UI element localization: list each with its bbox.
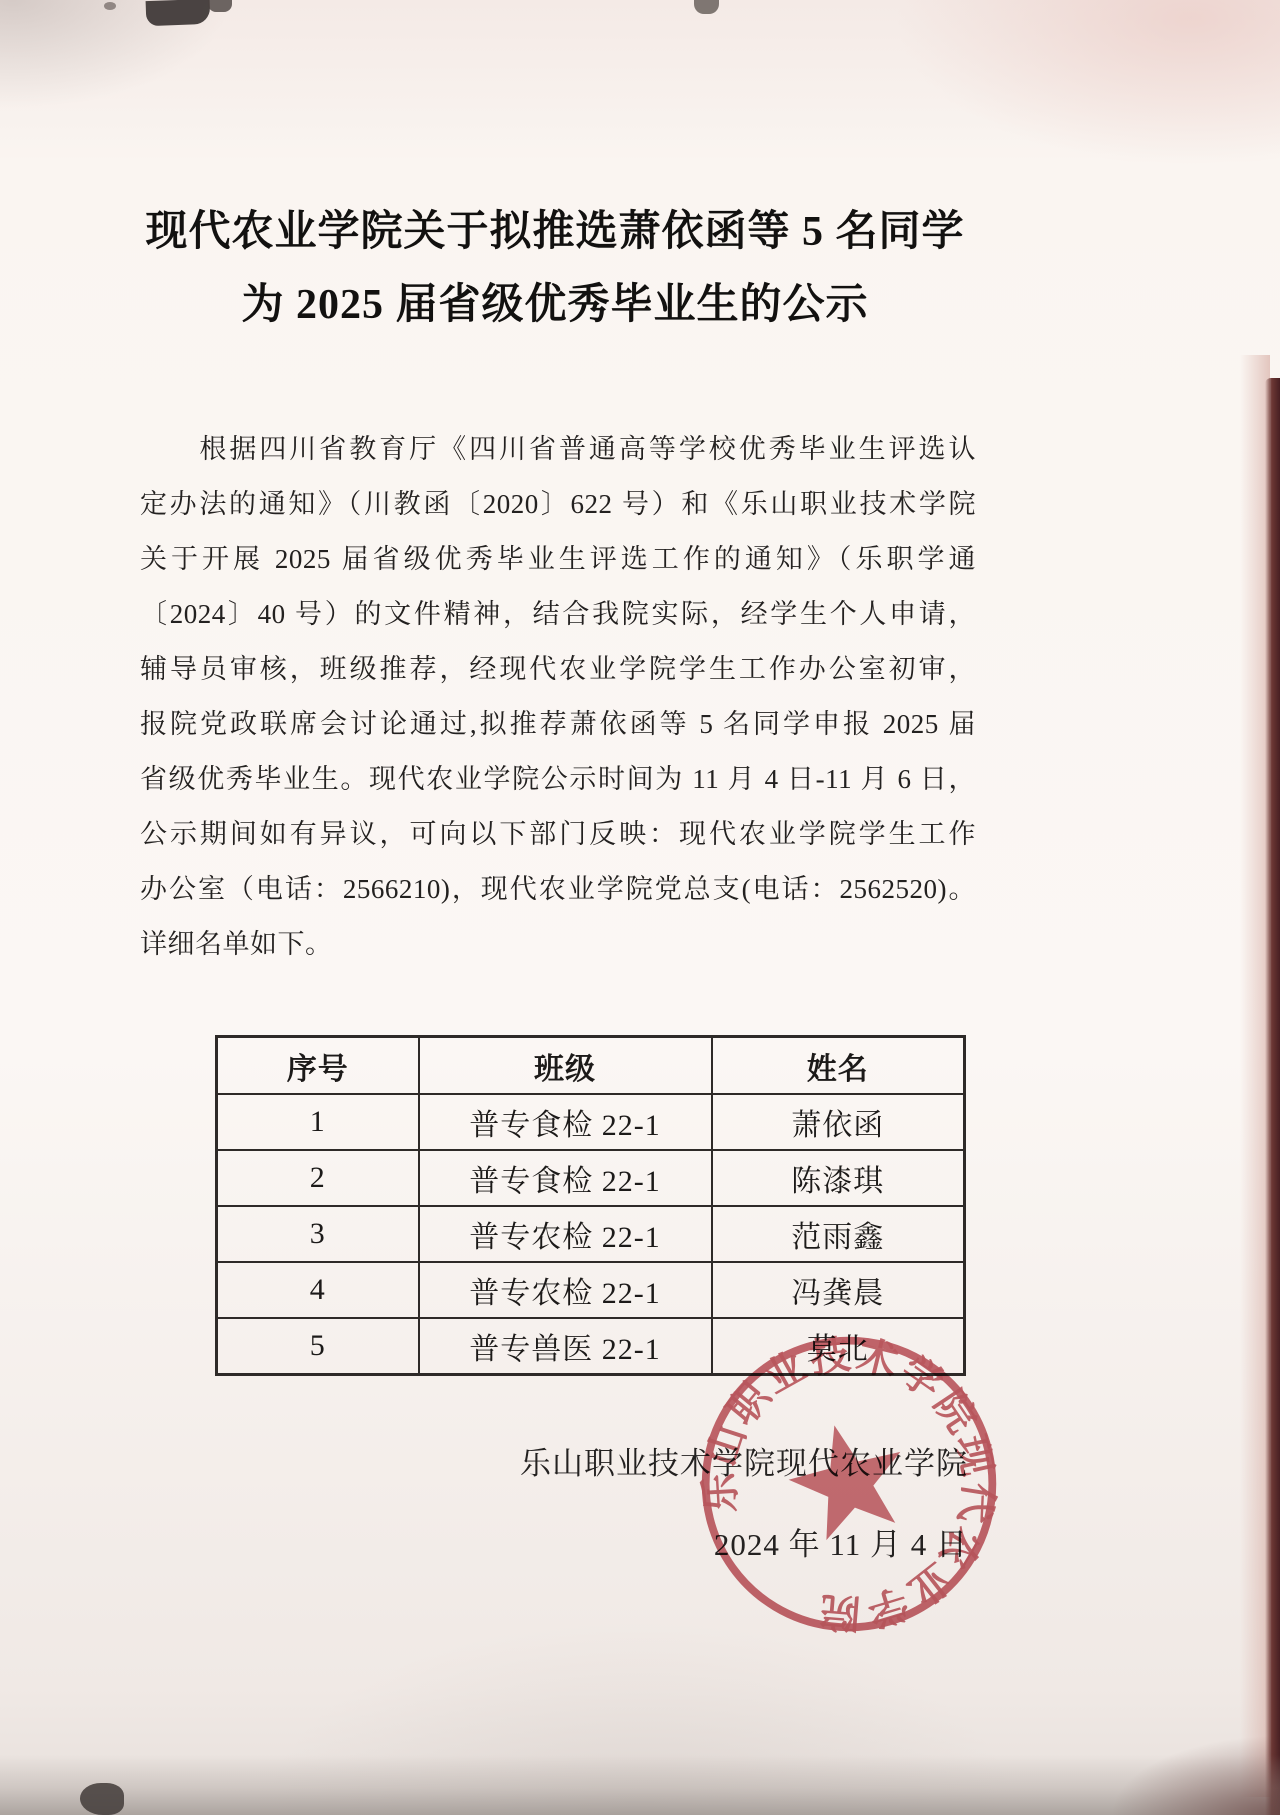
cell-class: 普专兽医 22-1 — [419, 1318, 712, 1375]
scan-edge-bottom-band — [0, 1755, 1280, 1815]
document-title-line2: 为 2025 届省级优秀毕业生的公示 — [95, 269, 1015, 342]
document-title-line1: 现代农业学院关于拟推选萧依函等 5 名同学 — [95, 196, 1015, 269]
cell-serial: 5 — [217, 1318, 419, 1375]
cell-serial: 3 — [217, 1206, 419, 1262]
body-line: 〔2024〕40 号）的文件精神，结合我院实际，经学生个人申请， — [140, 587, 976, 642]
signature-date: 2024 年 11 月 4 日 — [520, 1519, 968, 1564]
table-row: 1 普专食检 22-1 萧依函 — [217, 1094, 965, 1150]
document-title: 现代农业学院关于拟推选萧依函等 5 名同学 为 2025 届省级优秀毕业生的公示 — [95, 196, 1015, 342]
scan-edge-right-soft — [1240, 355, 1270, 1797]
graduates-table: 序号 班级 姓名 1 普专食检 22-1 萧依函 2 普专食检 22-1 陈漆琪… — [215, 1035, 966, 1376]
cell-name: 陈漆琪 — [712, 1150, 965, 1206]
table-header-row: 序号 班级 姓名 — [217, 1037, 965, 1095]
cell-name: 莫北 — [712, 1318, 965, 1375]
cell-name: 萧依函 — [712, 1094, 965, 1150]
signature-block: 乐山职业技术学院现代农业学院 2024 年 11 月 4 日 — [520, 1438, 968, 1564]
cell-serial: 2 — [217, 1150, 419, 1206]
body-line: 辅导员审核，班级推荐，经现代农业学院学生工作办公室初审， — [140, 642, 976, 697]
cell-class: 普专食检 22-1 — [419, 1150, 712, 1206]
cell-class: 普专农检 22-1 — [419, 1262, 712, 1318]
header-name: 姓名 — [712, 1037, 965, 1095]
body-line: 根据四川省教育厅《四川省普通高等学校优秀毕业生评选认 — [140, 422, 976, 477]
scan-smudge-top-dot — [104, 2, 116, 10]
cell-serial: 1 — [217, 1094, 419, 1150]
scan-blob-bottom-left — [80, 1783, 124, 1815]
cell-class: 普专农检 22-1 — [419, 1206, 712, 1262]
body-line: 公示期间如有异议，可向以下部门反映：现代农业学院学生工作 — [140, 807, 976, 862]
body-line: 办公室（电话：2566210)，现代农业学院党总支(电话：2562520)。 — [140, 862, 976, 917]
cell-serial: 4 — [217, 1262, 419, 1318]
header-class: 班级 — [419, 1037, 712, 1095]
signature-org: 乐山职业技术学院现代农业学院 — [520, 1438, 968, 1483]
body-line: 定办法的通知》（川教函〔2020〕622 号）和《乐山职业技术学院 — [140, 477, 976, 532]
document-body: 根据四川省教育厅《四川省普通高等学校优秀毕业生评选认 定办法的通知》（川教函〔2… — [140, 422, 976, 972]
scanned-document-page: 现代农业学院关于拟推选萧依函等 5 名同学 为 2025 届省级优秀毕业生的公示… — [0, 0, 1280, 1815]
body-line: 省级优秀毕业生。现代农业学院公示时间为 11 月 4 日-11 月 6 日， — [140, 752, 976, 807]
scan-smudge-top-center — [694, 0, 719, 14]
table-row: 3 普专农检 22-1 范雨鑫 — [217, 1206, 965, 1262]
cell-class: 普专食检 22-1 — [419, 1094, 712, 1150]
header-serial: 序号 — [217, 1037, 419, 1095]
scan-smudge-top-left-2 — [208, 0, 232, 12]
cell-name: 冯龚晨 — [712, 1262, 965, 1318]
table-row: 5 普专兽医 22-1 莫北 — [217, 1318, 965, 1375]
scan-smudge-top-left — [146, 0, 211, 26]
table-row: 2 普专食检 22-1 陈漆琪 — [217, 1150, 965, 1206]
scan-edge-right-dark — [1265, 378, 1280, 1815]
table-row: 4 普专农检 22-1 冯龚晨 — [217, 1262, 965, 1318]
body-line: 关于开展 2025 届省级优秀毕业生评选工作的通知》（乐职学通 — [140, 532, 976, 587]
cell-name: 范雨鑫 — [712, 1206, 965, 1262]
scan-corner-bottom-right — [1110, 1735, 1280, 1815]
body-line: 详细名单如下。 — [140, 917, 976, 972]
body-line: 报院党政联席会讨论通过,拟推荐萧依函等 5 名同学申报 2025 届 — [140, 697, 976, 752]
